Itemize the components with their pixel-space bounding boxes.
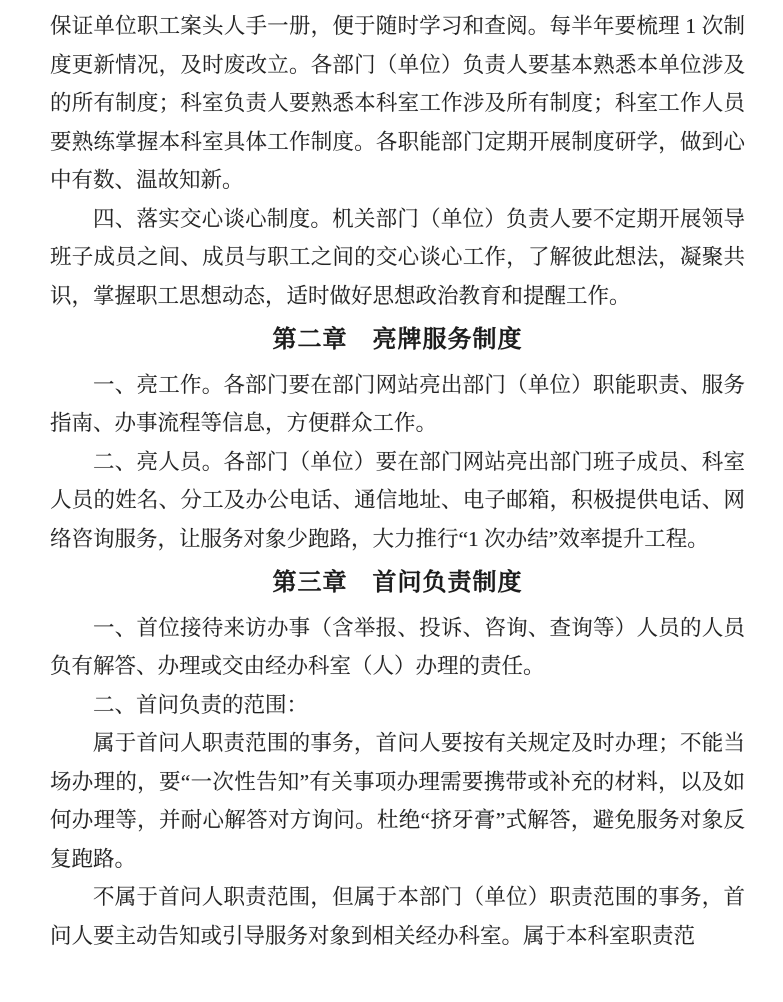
chapter-2-heading-liangpai-service-system: 第二章 亮牌服务制度 [50, 321, 745, 360]
paragraph-outside-scope-guidance-cutoff: 不属于首问人职责范围，但属于本部门（单位）职责范围的事务，首问人要主动告知或引导… [50, 878, 745, 955]
chapter-3-heading-first-inquiry-responsibility-system: 第三章 首问负责制度 [50, 564, 745, 603]
paragraph-within-scope-handling: 属于首问人职责范围的事务，首问人要按有关规定及时办理；不能当场办理的，要“一次性… [50, 724, 745, 878]
paragraph-item-1-show-work: 一、亮工作。各部门要在部门网站亮出部门（单位）职能职责、服务指南、办事流程等信息… [50, 366, 745, 443]
paragraph-item-2-scope-of-responsibility: 二、首问负责的范围： [50, 686, 745, 725]
paragraph-item-4-heart-to-heart-talks: 四、落实交心谈心制度。机关部门（单位）负责人要不定期开展领导班子成员之间、成员与… [50, 200, 745, 316]
document-page: 保证单位职工案头人手一册，便于随时学习和查阅。每半年要梳理 1 次制度更新情况，… [0, 0, 783, 1002]
paragraph-item-1-first-reception-duty: 一、首位接待来访办事（含举报、投诉、咨询、查询等）人员的人员负有解答、办理或交由… [50, 609, 745, 686]
paragraph-item-2-show-personnel: 二、亮人员。各部门（单位）要在部门网站亮出部门班子成员、科室人员的姓名、分工及办… [50, 443, 745, 559]
paragraph-continuation-system-learning: 保证单位职工案头人手一册，便于随时学习和查阅。每半年要梳理 1 次制度更新情况，… [50, 7, 745, 200]
